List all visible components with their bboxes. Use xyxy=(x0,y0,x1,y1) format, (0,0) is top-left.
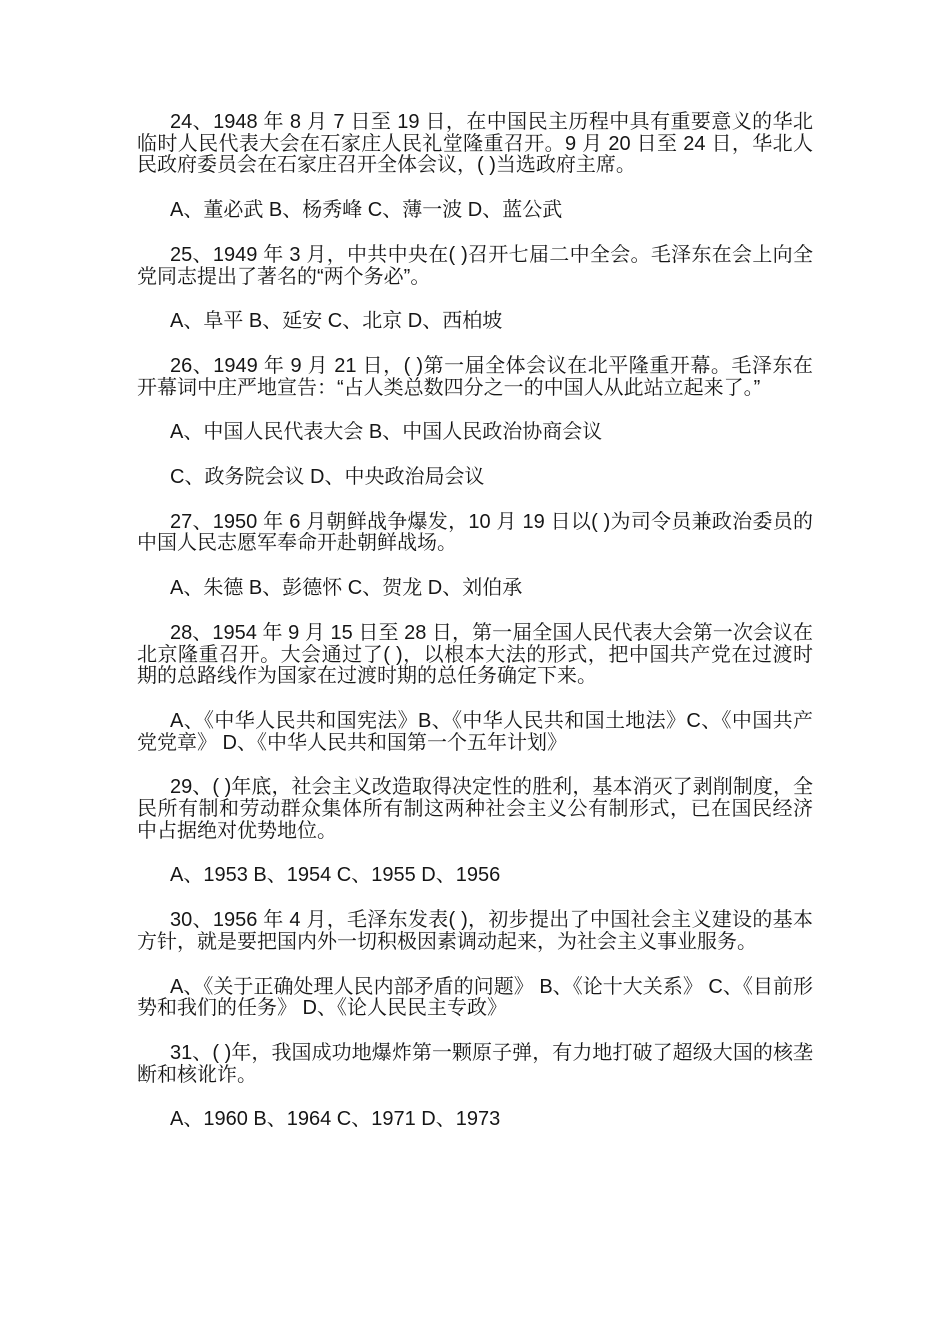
question-stem: 27、1950 年 6 月朝鲜战争爆发，10 月 19 日以( )为司令员兼政治… xyxy=(137,512,813,555)
question-stem: 30、1956 年 4 月，毛泽东发表( )，初步提出了中国社会主义建设的基本方… xyxy=(137,910,813,953)
question-stem: 31、( )年，我国成功地爆炸第一颗原子弹，有力地打破了超级大国的核垄断和核讹诈… xyxy=(137,1043,813,1086)
question-block: 30、1956 年 4 月，毛泽东发表( )，初步提出了中国社会主义建设的基本方… xyxy=(137,910,813,1020)
question-options: A、1953 B、1954 C、1955 D、1956 xyxy=(137,865,813,887)
question-options: A、1960 B、1964 C、1971 D、1973 xyxy=(137,1109,813,1131)
question-stem: 28、1954 年 9 月 15 日至 28 日，第一届全国人民代表大会第一次会… xyxy=(137,623,813,688)
question-block: 28、1954 年 9 月 15 日至 28 日，第一届全国人民代表大会第一次会… xyxy=(137,623,813,755)
document-page: 24、1948 年 8 月 7 日至 19 日，在中国民主历程中具有重要意义的华… xyxy=(0,0,950,1344)
question-options: A、中国人民代表大会 B、中国人民政治协商会议 xyxy=(137,422,813,444)
question-block: 25、1949 年 3 月，中共中央在( )召开七届二中全会。毛泽东在会上向全党… xyxy=(137,245,813,333)
question-options: A、《中华人民共和国宪法》B、《中华人民共和国土地法》C、《中国共产党党章》 D… xyxy=(137,711,813,754)
question-options: A、朱德 B、彭德怀 C、贺龙 D、刘伯承 xyxy=(137,578,813,600)
question-stem: 29、( )年底，社会主义改造取得决定性的胜利，基本消灭了剥削制度，全民所有制和… xyxy=(137,777,813,842)
question-block: 24、1948 年 8 月 7 日至 19 日，在中国民主历程中具有重要意义的华… xyxy=(137,112,813,222)
quiz-question-list: 24、1948 年 8 月 7 日至 19 日，在中国民主历程中具有重要意义的华… xyxy=(137,112,813,1131)
question-block: 26、1949 年 9 月 21 日，( )第一届全体会议在北平隆重开幕。毛泽东… xyxy=(137,356,813,489)
question-options: C、政务院会议 D、中央政治局会议 xyxy=(137,467,813,489)
question-stem: 24、1948 年 8 月 7 日至 19 日，在中国民主历程中具有重要意义的华… xyxy=(137,112,813,177)
question-stem: 25、1949 年 3 月，中共中央在( )召开七届二中全会。毛泽东在会上向全党… xyxy=(137,245,813,288)
question-block: 27、1950 年 6 月朝鲜战争爆发，10 月 19 日以( )为司令员兼政治… xyxy=(137,512,813,600)
question-options: A、《关于正确处理人民内部矛盾的问题》 B、《论十大关系》 C、《目前形势和我们… xyxy=(137,977,813,1020)
question-stem: 26、1949 年 9 月 21 日，( )第一届全体会议在北平隆重开幕。毛泽东… xyxy=(137,356,813,399)
question-block: 29、( )年底，社会主义改造取得决定性的胜利，基本消灭了剥削制度，全民所有制和… xyxy=(137,777,813,887)
question-block: 31、( )年，我国成功地爆炸第一颗原子弹，有力地打破了超级大国的核垄断和核讹诈… xyxy=(137,1043,813,1131)
question-options: A、阜平 B、延安 C、北京 D、西柏坡 xyxy=(137,311,813,333)
question-options: A、董必武 B、杨秀峰 C、薄一波 D、蓝公武 xyxy=(137,200,813,222)
